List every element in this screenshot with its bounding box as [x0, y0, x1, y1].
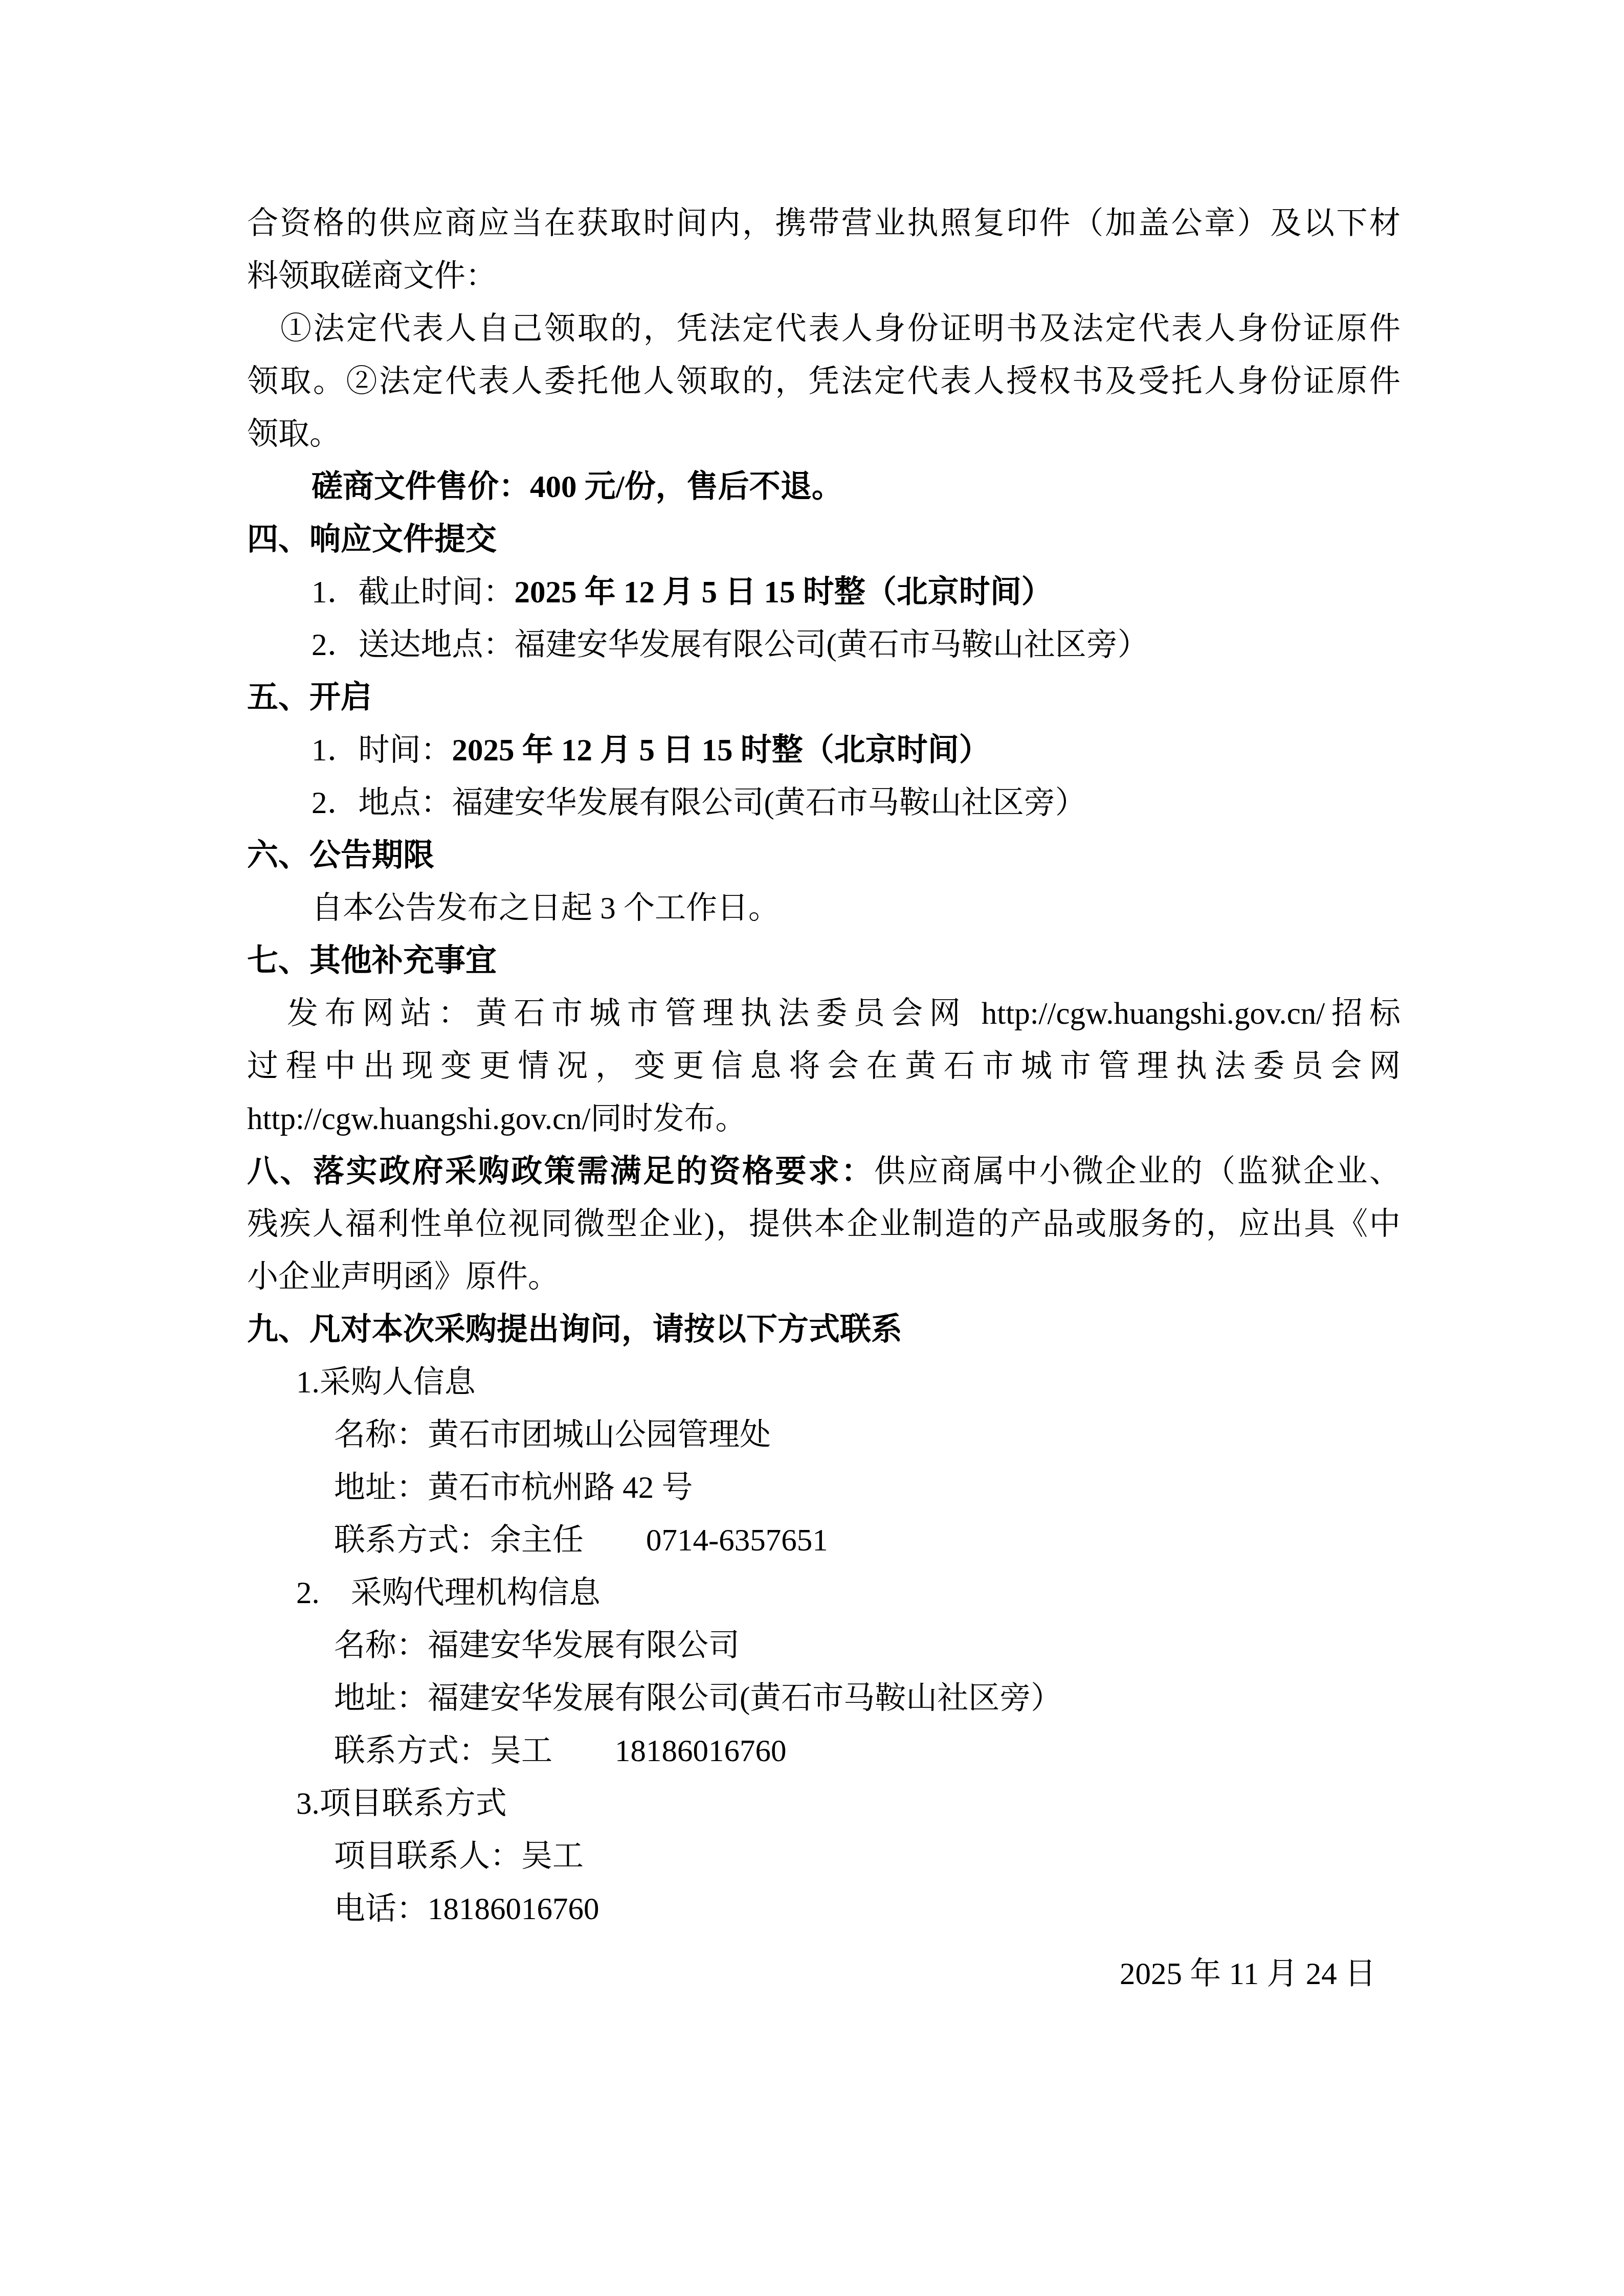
- section4-delivery-place-line: 2．送达地点：福建安华发展有限公司(黄石市马鞍山社区旁）: [247, 619, 1400, 671]
- collect-method-2-line-2: 领取。: [247, 408, 1400, 461]
- section4-heading: 四、响应文件提交: [247, 513, 1400, 566]
- project-contact-person: 项目联系人：吴工: [247, 1830, 1400, 1883]
- deadline-value: 2025 年 12 月 5 日 15 时整（北京时间）: [515, 575, 1053, 610]
- intro-line-2: 料领取磋商文件：: [247, 250, 1400, 303]
- section4-deadline-line: 1．截止时间：2025 年 12 月 5 日 15 时整（北京时间）: [247, 566, 1400, 619]
- section9-heading: 九、凡对本次采购提出询问，请按以下方式联系: [247, 1303, 1400, 1356]
- project-contact-phone: 电话：18186016760: [247, 1883, 1400, 1935]
- section8-line-1: 八、落实政府采购政策需满足的资格要求：供应商属中小微企业的（监狱企业、: [247, 1145, 1400, 1198]
- section7-publish-site-line-3: http://cgw.huangshi.gov.cn/同时发布。: [247, 1093, 1400, 1145]
- agency-name: 名称：福建安华发展有限公司: [247, 1619, 1400, 1672]
- section7-heading: 七、其他补充事宜: [247, 935, 1400, 987]
- buyer-name: 名称：黄石市团城山公园管理处: [247, 1409, 1400, 1461]
- deadline-label: 1．截止时间：: [312, 575, 515, 610]
- section7-publish-site-line-1: 发布网站：黄石市城市管理执法委员会网 http://cgw.huangshi.g…: [247, 987, 1400, 1040]
- buyer-address: 地址：黄石市杭州路 42 号: [247, 1461, 1400, 1514]
- section8-line-3: 小企业声明函》原件。: [247, 1251, 1400, 1303]
- section8-line-2: 残疾人福利性单位视同微型企业)，提供本企业制造的产品或服务的，应出具《中: [247, 1198, 1400, 1251]
- announcement-date: 2025 年 11 月 24 日: [247, 1948, 1400, 2000]
- section5-open-place-line: 2．地点：福建安华发展有限公司(黄石市马鞍山社区旁）: [247, 777, 1400, 829]
- section8-line-1-rest: 供应商属中小微企业的（监狱企业、: [874, 1155, 1400, 1189]
- project-contact-title: 3.项目联系方式: [247, 1777, 1400, 1830]
- buyer-contact: 联系方式：余主任 0714-6357651: [247, 1514, 1400, 1567]
- announcement-body: 合资格的供应商应当在获取时间内，携带营业执照复印件（加盖公章）及以下材 料领取磋…: [247, 197, 1400, 2000]
- section7-publish-site-line-2: 过程中出现变更情况，变更信息将会在黄石市城市管理执法委员会网: [247, 1040, 1400, 1093]
- agency-contact: 联系方式：吴工 18186016760: [247, 1725, 1400, 1777]
- buyer-info-title: 1.采购人信息: [247, 1356, 1400, 1409]
- section6-heading: 六、公告期限: [247, 829, 1400, 882]
- section8-heading: 八、落实政府采购政策需满足的资格要求：: [247, 1155, 874, 1189]
- intro-line-1: 合资格的供应商应当在获取时间内，携带营业执照复印件（加盖公章）及以下材: [247, 197, 1400, 250]
- document-page: 合资格的供应商应当在获取时间内，携带营业执照复印件（加盖公章）及以下材 料领取磋…: [0, 0, 1624, 2296]
- section5-heading: 五、开启: [247, 671, 1400, 724]
- collect-method-1-line-1: ①法定代表人自己领取的，凭法定代表人身份证明书及法定代表人身份证原件: [247, 303, 1400, 355]
- section6-body: 自本公告发布之日起 3 个工作日。: [247, 882, 1400, 935]
- document-price-line: 磋商文件售价：400 元/份，售后不退。: [247, 461, 1400, 513]
- collect-method-2-line-1: 领取。②法定代表人委托他人领取的，凭法定代表人授权书及受托人身份证原件: [247, 355, 1400, 408]
- open-time-label: 1．时间：: [312, 733, 452, 768]
- section5-open-time-line: 1．时间：2025 年 12 月 5 日 15 时整（北京时间）: [247, 724, 1400, 777]
- open-time-value: 2025 年 12 月 5 日 15 时整（北京时间）: [452, 733, 990, 768]
- agency-info-title: 2. 采购代理机构信息: [247, 1567, 1400, 1619]
- agency-address: 地址：福建安华发展有限公司(黄石市马鞍山社区旁）: [247, 1672, 1400, 1725]
